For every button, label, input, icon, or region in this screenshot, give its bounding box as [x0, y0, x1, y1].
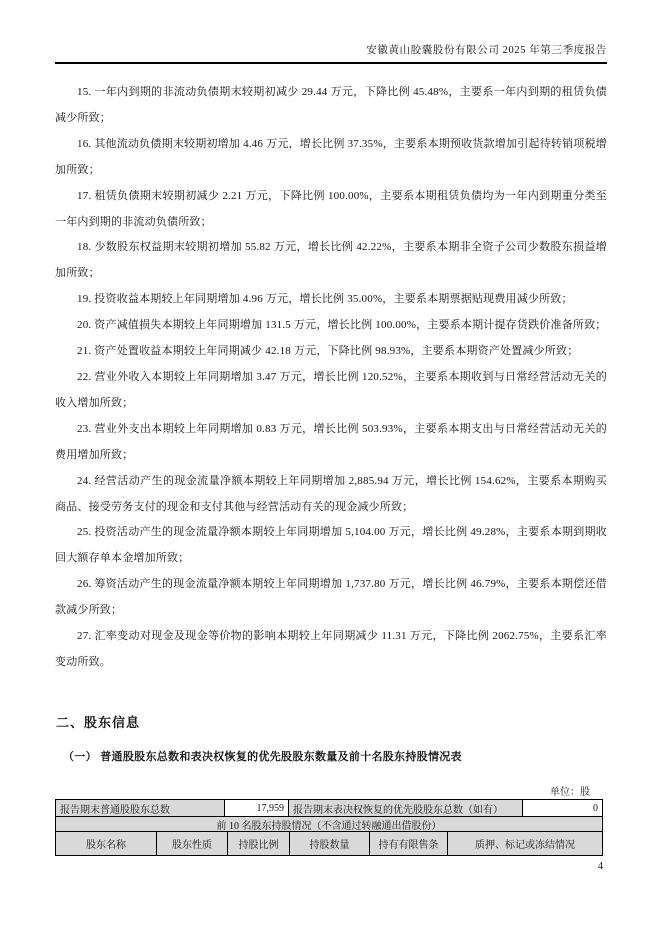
document-page: 安徽黄山胶囊股份有限公司 2025 年第三季度报告 15. 一年内到期的非流动负… — [0, 0, 662, 936]
page-header: 安徽黄山胶囊股份有限公司 2025 年第三季度报告 — [55, 42, 607, 64]
section-subtitle: （一） 普通股股东总数和表决权恢复的优先股股东数量及前十名股东持股情况表 — [63, 748, 462, 764]
note-paragraph: 27. 汇率变动对现金及现金等价物的影响本期较上年同期减少 11.31 万元，下… — [55, 624, 607, 676]
note-paragraph: 22. 营业外收入本期较上年同期增加 3.47 万元，增长比例 120.52%，… — [55, 365, 607, 417]
shareholder-table: 报告期末普通股股东总数 17,959 报告期末表决权恢复的优先股股东总数（如有）… — [55, 799, 603, 856]
ordinary-shareholders-label: 报告期末普通股股东总数 — [56, 800, 225, 817]
page-number: 4 — [55, 861, 603, 872]
preferred-shareholders-label: 报告期末表决权恢复的优先股股东总数（如有） — [289, 800, 523, 817]
col-shareholding-ratio: 持股比例 — [228, 832, 290, 855]
note-paragraph: 21. 资产处置收益本期较上年同期减少 42.18 万元，下降比例 98.93%… — [55, 339, 607, 365]
col-shareholder-name: 股东名称 — [56, 832, 157, 855]
note-paragraph: 23. 营业外支出本期较上年同期增加 0.83 万元，增长比例 503.93%，… — [55, 417, 607, 469]
preferred-shareholders-value: 0 — [523, 800, 602, 817]
note-paragraph: 24. 经营活动产生的现金流量净额本期较上年同期增加 2,885.94 万元，增… — [55, 469, 607, 521]
col-shareholder-nature: 股东性质 — [157, 832, 228, 855]
table-summary-row: 报告期末普通股股东总数 17,959 报告期末表决权恢复的优先股股东总数（如有）… — [56, 800, 602, 817]
table-band-row: 前 10 名股东持股情况（不含通过转融通出借股份） — [56, 817, 602, 832]
note-paragraph: 16. 其他流动负债期末较期初增加 4.46 万元，增长比例 37.35%，主要… — [55, 132, 607, 184]
col-restricted-shares: 持有有限售条 — [370, 832, 448, 855]
table-header-row: 股东名称 股东性质 持股比例 持股数量 持有有限售条 质押、标记或冻结情况 — [56, 832, 602, 855]
report-title: 安徽黄山胶囊股份有限公司 2025 年第三季度报告 — [366, 45, 607, 56]
note-paragraph: 26. 筹资活动产生的现金流量净额本期较上年同期增加 1,737.80 万元，增… — [55, 572, 607, 624]
note-paragraph: 25. 投资活动产生的现金流量净额本期较上年同期增加 5,104.00 万元，增… — [55, 520, 607, 572]
unit-label: 单位：股 — [55, 783, 590, 798]
notes-list: 15. 一年内到期的非流动负债期末较期初减少 29.44 万元，下降比例 45.… — [55, 80, 607, 676]
top10-band-title: 前 10 名股东持股情况（不含通过转融通出借股份） — [56, 817, 602, 832]
note-paragraph: 17. 租赁负债期末较期初减少 2.21 万元，下降比例 100.00%，主要系… — [55, 184, 607, 236]
note-paragraph: 19. 投资收益本期较上年同期增加 4.96 万元，增长比例 35.00%，主要… — [55, 287, 607, 313]
ordinary-shareholders-value: 17,959 — [225, 800, 289, 817]
note-paragraph: 18. 少数股东权益期末较期初增加 55.82 万元，增长比例 42.22%，主… — [55, 235, 607, 287]
col-shares-held: 持股数量 — [290, 832, 370, 855]
note-paragraph: 15. 一年内到期的非流动负债期末较期初减少 29.44 万元，下降比例 45.… — [55, 80, 607, 132]
section-title: 二、股东信息 — [56, 712, 140, 731]
col-pledge-freeze-status: 质押、标记或冻结情况 — [448, 832, 602, 855]
note-paragraph: 20. 资产减值损失本期较上年同期增加 131.5 万元，增长比例 100.00… — [55, 313, 607, 339]
